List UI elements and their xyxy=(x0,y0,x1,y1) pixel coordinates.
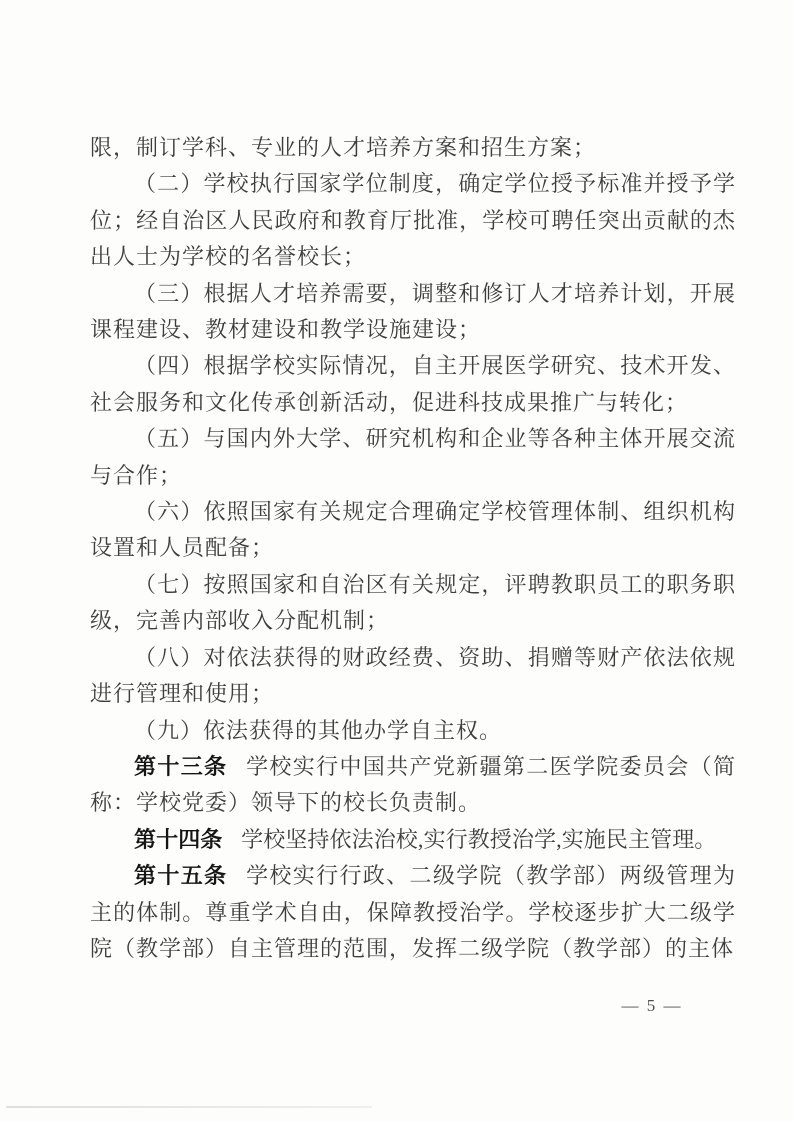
clause-5: （五）与国内外大学、研究机构和企业等各种主体开展交流与合作； xyxy=(90,421,736,494)
document-page: 限，制订学科、专业的人才培养方案和招生方案； （二）学校执行国家学位制度，确定学… xyxy=(0,0,793,1121)
clause-4: （四）根据学校实际情况，自主开展医学研究、技术开发、社会服务和文化传承创新活动，… xyxy=(90,348,736,421)
article-13-label: 第十三条 xyxy=(134,754,246,779)
article-14: 第十四条学校坚持依法治校,实行教授治学,实施民主管理。 xyxy=(90,822,736,858)
clause-2: （二）学校执行国家学位制度，确定学位授予标准并授予学位；经自治区人民政府和教育厅… xyxy=(90,166,736,275)
clause-7: （七）按照国家和自治区有关规定，评聘教职员工的职务职级，完善内部收入分配机制； xyxy=(90,567,736,640)
page-number: — 5 — xyxy=(612,996,692,1016)
article-13: 第十三条学校实行中国共产党新疆第二医学院委员会（简称：学校党委）领导下的校长负责… xyxy=(90,749,736,822)
article-15-label: 第十五条 xyxy=(134,863,246,888)
clause-3: （三）根据人才培养需要，调整和修订人才培养计划，开展课程建设、教材建设和教学设施… xyxy=(90,276,736,349)
article-15: 第十五条学校实行行政、二级学院（教学部）两级管理为主的体制。尊重学术自由，保障教… xyxy=(90,858,736,967)
scan-artifact-line xyxy=(6,1106,372,1108)
clause-9: （九）依法获得的其他办学自主权。 xyxy=(90,713,736,749)
article-14-label: 第十四条 xyxy=(134,827,241,852)
paragraph-continuation: 限，制订学科、专业的人才培养方案和招生方案； xyxy=(90,130,736,166)
article-14-text: 学校坚持依法治校,实行教授治学,实施民主管理。 xyxy=(241,827,716,852)
clause-6: （六）依照国家有关规定合理确定学校管理体制、组织机构设置和人员配备； xyxy=(90,494,736,567)
clause-8: （八）对依法获得的财政经费、资助、捐赠等财产依法依规进行管理和使用； xyxy=(90,640,736,713)
document-body: 限，制订学科、专业的人才培养方案和招生方案； （二）学校执行国家学位制度，确定学… xyxy=(90,130,736,967)
